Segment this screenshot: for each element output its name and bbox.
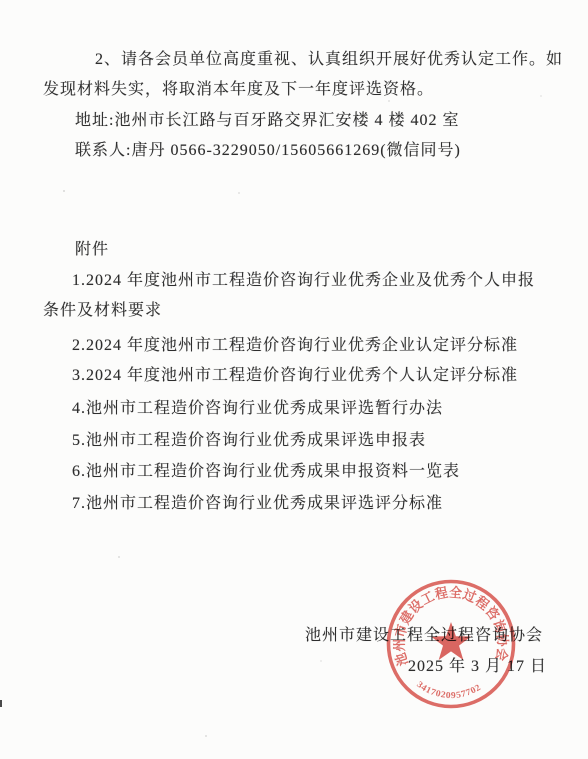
attachment-item-2: 2.2024 年度池州市工程造价咨询行业优秀企业认定评分标准 <box>72 335 518 357</box>
contact-line: 联系人:唐丹 0566-3229050/15605661269(微信同号) <box>75 140 461 162</box>
attachments-heading: 附件 <box>75 239 109 261</box>
attachment-item-3: 3.2024 年度池州市工程造价咨询行业优秀个人认定评分标准 <box>72 365 518 387</box>
paragraph-line-1: 2、请各会员单位高度重视、认真组织开展好优秀认定工作。如 <box>95 49 563 71</box>
attachment-item-4: 4.池州市工程造价咨询行业优秀成果评选暂行办法 <box>72 398 443 420</box>
official-seal: 池州市建设工程全过程咨询协会 3417020957702 <box>381 574 521 714</box>
scan-edge-artifact <box>0 700 2 707</box>
address-line: 地址:池州市长江路与百牙路交界汇安楼 4 楼 402 室 <box>75 110 459 132</box>
attachment-item-6: 6.池州市工程造价咨询行业优秀成果申报资料一览表 <box>72 461 460 483</box>
seal-star-icon <box>431 622 471 660</box>
attachment-item-1-line-2: 条件及材料要求 <box>43 300 162 322</box>
paragraph-line-2: 发现材料失实，将取消本年度及下一年度评选资格。 <box>43 79 434 101</box>
seal-serial-number: 3417020957702 <box>415 679 483 700</box>
attachment-item-5: 5.池州市工程造价咨询行业优秀成果评选申报表 <box>72 430 426 452</box>
scanned-document-page: 2、请各会员单位高度重视、认真组织开展好优秀认定工作。如 发现材料失实，将取消本… <box>0 0 588 759</box>
attachment-item-7: 7.池州市工程造价咨询行业优秀成果评选评分标准 <box>72 493 443 515</box>
scan-noise-specks <box>0 0 2 2</box>
attachment-item-1-line-1: 1.2024 年度池州市工程造价咨询行业优秀企业及优秀个人申报 <box>72 270 535 292</box>
